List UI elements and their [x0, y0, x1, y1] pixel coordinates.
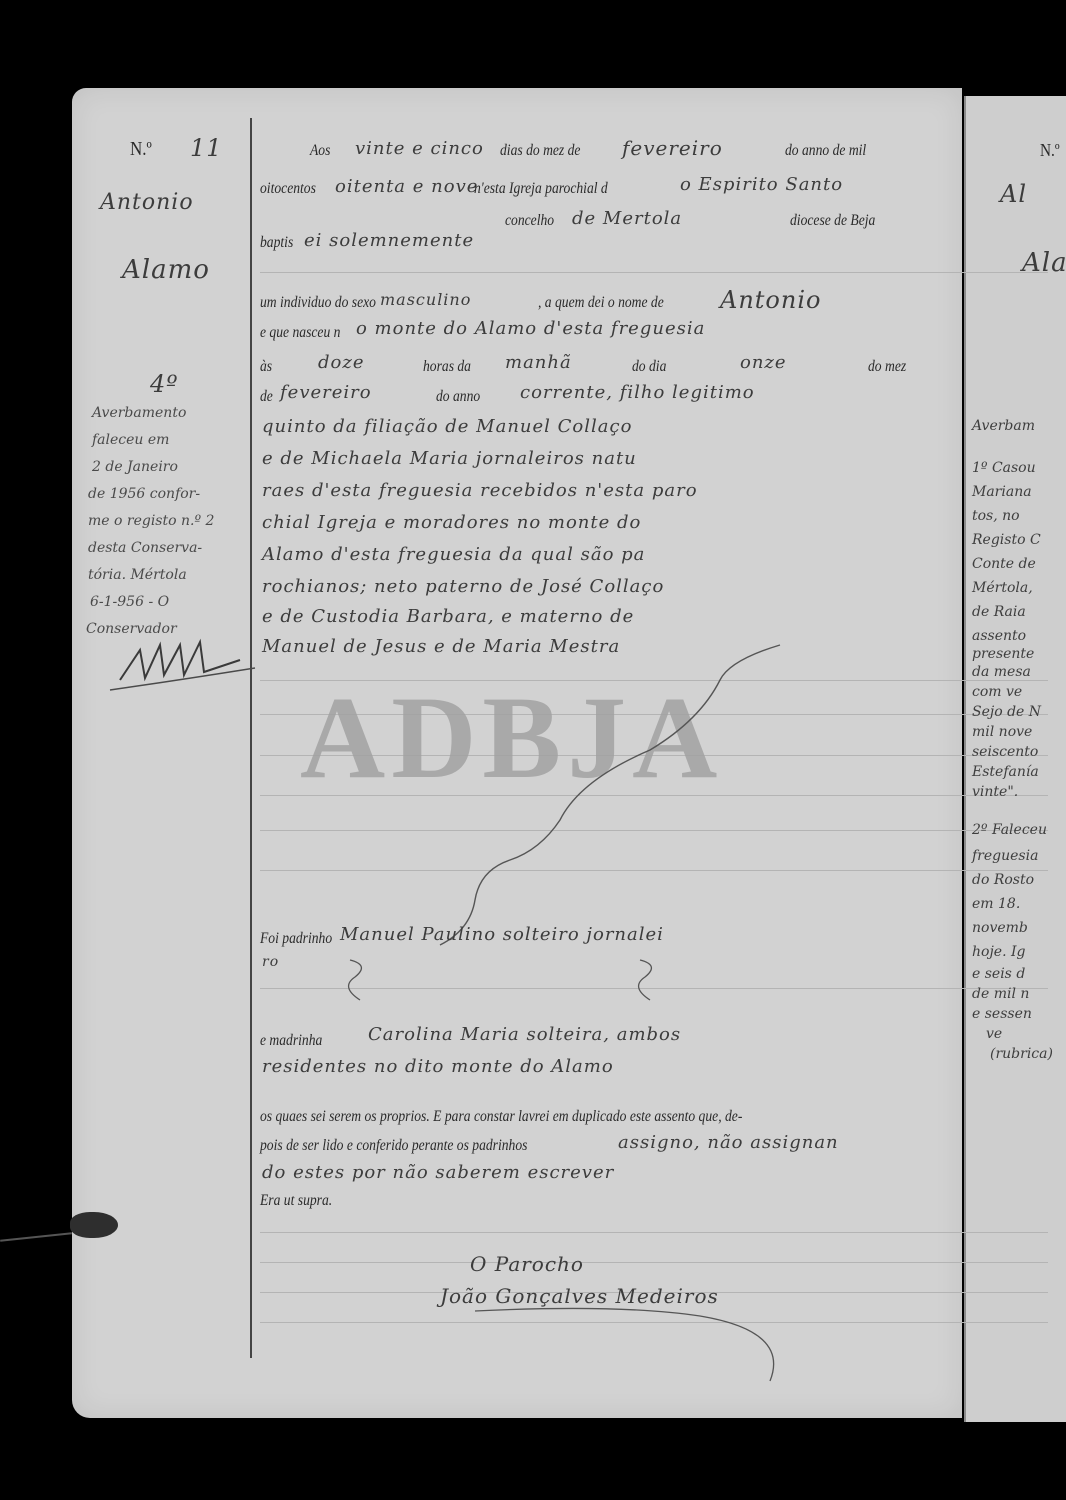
next-annotation-line: mil nove [972, 724, 1032, 740]
next-annotation-line: Sejo de N [972, 704, 1041, 720]
printed-text: de [260, 388, 273, 406]
closing-line: pois de ser lido e conferido perante os … [260, 1137, 527, 1155]
handwritten-body-line: e de Michaela Maria jornaleiros natu [262, 448, 637, 469]
filler-stroke-icon [400, 640, 800, 950]
handwritten-field: o Espirito Santo [680, 174, 843, 195]
handwritten-field: oitenta e nove [335, 176, 478, 197]
printed-text: diocese de Beja [790, 212, 875, 230]
next-annotation-line: 1º Casou [972, 460, 1036, 476]
next-annotation-line: tos, no [972, 508, 1020, 524]
next-annotation-line: vinte". [972, 784, 1018, 800]
handwritten-field: do estes por não saberem escrever [262, 1162, 614, 1183]
next-annotation-line: de mil n [972, 986, 1029, 1002]
ruled-line [260, 1232, 1048, 1233]
entry-number-label: N.º [130, 138, 152, 161]
handwritten-body-line: e de Custodia Barbara, e materno de [262, 606, 634, 627]
next-annotation-line: Conte de [972, 556, 1036, 572]
handwritten-body-line: quinto da filiação de Manuel Collaço [262, 416, 632, 437]
printed-text: um individuo do sexo [260, 294, 376, 312]
godmother-value: Carolina Maria solteira, ambos [368, 1024, 681, 1045]
ruled-line [260, 272, 1048, 273]
annotation-line: 6-1-956 - O [90, 594, 169, 610]
next-annotation-line: e sessen [972, 1006, 1032, 1022]
handwritten-field: fevereiro [622, 136, 723, 160]
annotation-line: de 1956 confor- [88, 486, 200, 502]
handwritten-field: manhã [505, 352, 572, 373]
next-annotation-line: com ve [972, 684, 1022, 700]
annotation-line: Averbamento [92, 405, 186, 421]
handwritten-field: ei solemnemente [304, 230, 474, 251]
handwritten-field: assigno, não assignan [618, 1132, 839, 1153]
margin-surname: Alamo [122, 255, 210, 285]
next-annotation-line: 2º Faleceu [972, 822, 1047, 838]
handwritten-field: o monte do Alamo d'esta freguesia [356, 318, 705, 339]
priest-signature: João Gonçalves Medeiros [440, 1284, 719, 1308]
priest-title: O Parocho [470, 1252, 584, 1276]
next-annotation-line: de Raia [972, 604, 1026, 620]
next-annotation-line: assento [972, 628, 1026, 644]
annotation-line: faleceu em [92, 432, 169, 448]
handwritten-field: doze [318, 352, 365, 373]
printed-text: oitocentos [260, 180, 316, 198]
printed-text: do anno de mil [785, 142, 866, 160]
printed-text: baptis [260, 234, 293, 252]
next-name-fragment: Al [1000, 180, 1027, 208]
printed-text: dias do mez de [500, 142, 580, 160]
printed-text: horas da [423, 358, 471, 376]
signature-flourish-icon [470, 1306, 800, 1386]
closing-line: Era ut supra. [260, 1192, 332, 1210]
handwritten-field: masculino [380, 290, 471, 309]
printed-text: e que nasceu n [260, 324, 340, 342]
next-annotation-line: da mesa [972, 664, 1031, 680]
godmother-label: e madrinha [260, 1032, 322, 1050]
next-annotation-line: novemb [972, 920, 1028, 936]
next-name-fragment: Ala [1022, 248, 1066, 278]
godmother-value-cont: residentes no dito monte do Alamo [262, 1056, 614, 1077]
next-annotation-line: Estefanía [972, 764, 1039, 780]
ruled-line [260, 1262, 1048, 1263]
printed-text: às [260, 358, 272, 376]
godfather-value-cont: ro [262, 954, 279, 970]
printed-text: Aos [310, 142, 330, 160]
next-annotation-line: freguesia [972, 848, 1038, 864]
handwritten-field: corrente, filho legitimo [520, 382, 755, 403]
printed-text: , a quem dei o nome de [538, 294, 664, 312]
handwritten-field: Antonio [720, 286, 821, 314]
conservador-signature-icon [100, 620, 260, 700]
handwritten-body-line: rochianos; neto paterno de José Collaço [262, 576, 664, 597]
handwritten-body-line: chial Igreja e moradores no monte do [262, 512, 641, 533]
next-annotation-line: ve [986, 1026, 1002, 1042]
next-annotation-line: em 18. [972, 896, 1020, 912]
next-annotation-line: e seis d [972, 966, 1025, 982]
margin-divider [250, 118, 252, 1358]
next-annotation-line: Mértola, [972, 580, 1033, 596]
next-annotation-line: do Rosto [972, 872, 1034, 888]
annotation-line: tória. Mértola [88, 567, 187, 583]
annotation-line: desta Conserva- [88, 540, 202, 556]
next-annotation-line: seiscento [972, 744, 1038, 760]
next-entry-number-label: N.º [1040, 140, 1060, 161]
handwritten-field: fevereiro [280, 382, 372, 403]
handwritten-body-line: raes d'esta freguesia recebidos n'esta p… [262, 480, 698, 501]
next-annotation-line: hoje. Ig [972, 944, 1025, 960]
handwritten-body-line: Alamo d'esta freguesia da qual são pa [262, 544, 645, 565]
margin-given-name: Antonio [100, 190, 194, 215]
printed-text: concelho [505, 212, 554, 230]
next-annotation-line: (rubrica) [990, 1046, 1053, 1062]
binding-wire [0, 1232, 72, 1242]
godfather-value: Manuel Paulino solteiro jornalei [340, 924, 664, 945]
next-annotation-line: Registo C [972, 532, 1041, 548]
binding-clip-icon [70, 1212, 118, 1238]
annotation-line: me o registo n.º 2 [88, 513, 214, 529]
annotation-line: 2 de Janeiro [92, 459, 178, 475]
handwritten-field: de Mertola [572, 208, 682, 229]
next-annotation-line: Mariana [972, 484, 1032, 500]
printed-text: n'esta Igreja parochial d [474, 180, 608, 198]
next-annotation-line: Averbam [972, 418, 1035, 434]
next-annotation-line: presente [972, 646, 1034, 662]
entry-number: 11 [190, 134, 223, 162]
printed-text: do mez [868, 358, 906, 376]
annotation-number: 4º [150, 370, 179, 398]
closing-line: os quaes sei serem os proprios. E para c… [260, 1108, 742, 1126]
godfather-label: Foi padrinho [260, 930, 332, 948]
printed-text: do dia [632, 358, 666, 376]
printed-text: do anno [436, 388, 480, 406]
brace-marks-icon [340, 955, 660, 1005]
handwritten-field: vinte e cinco [355, 138, 484, 159]
handwritten-field: onze [740, 352, 787, 373]
